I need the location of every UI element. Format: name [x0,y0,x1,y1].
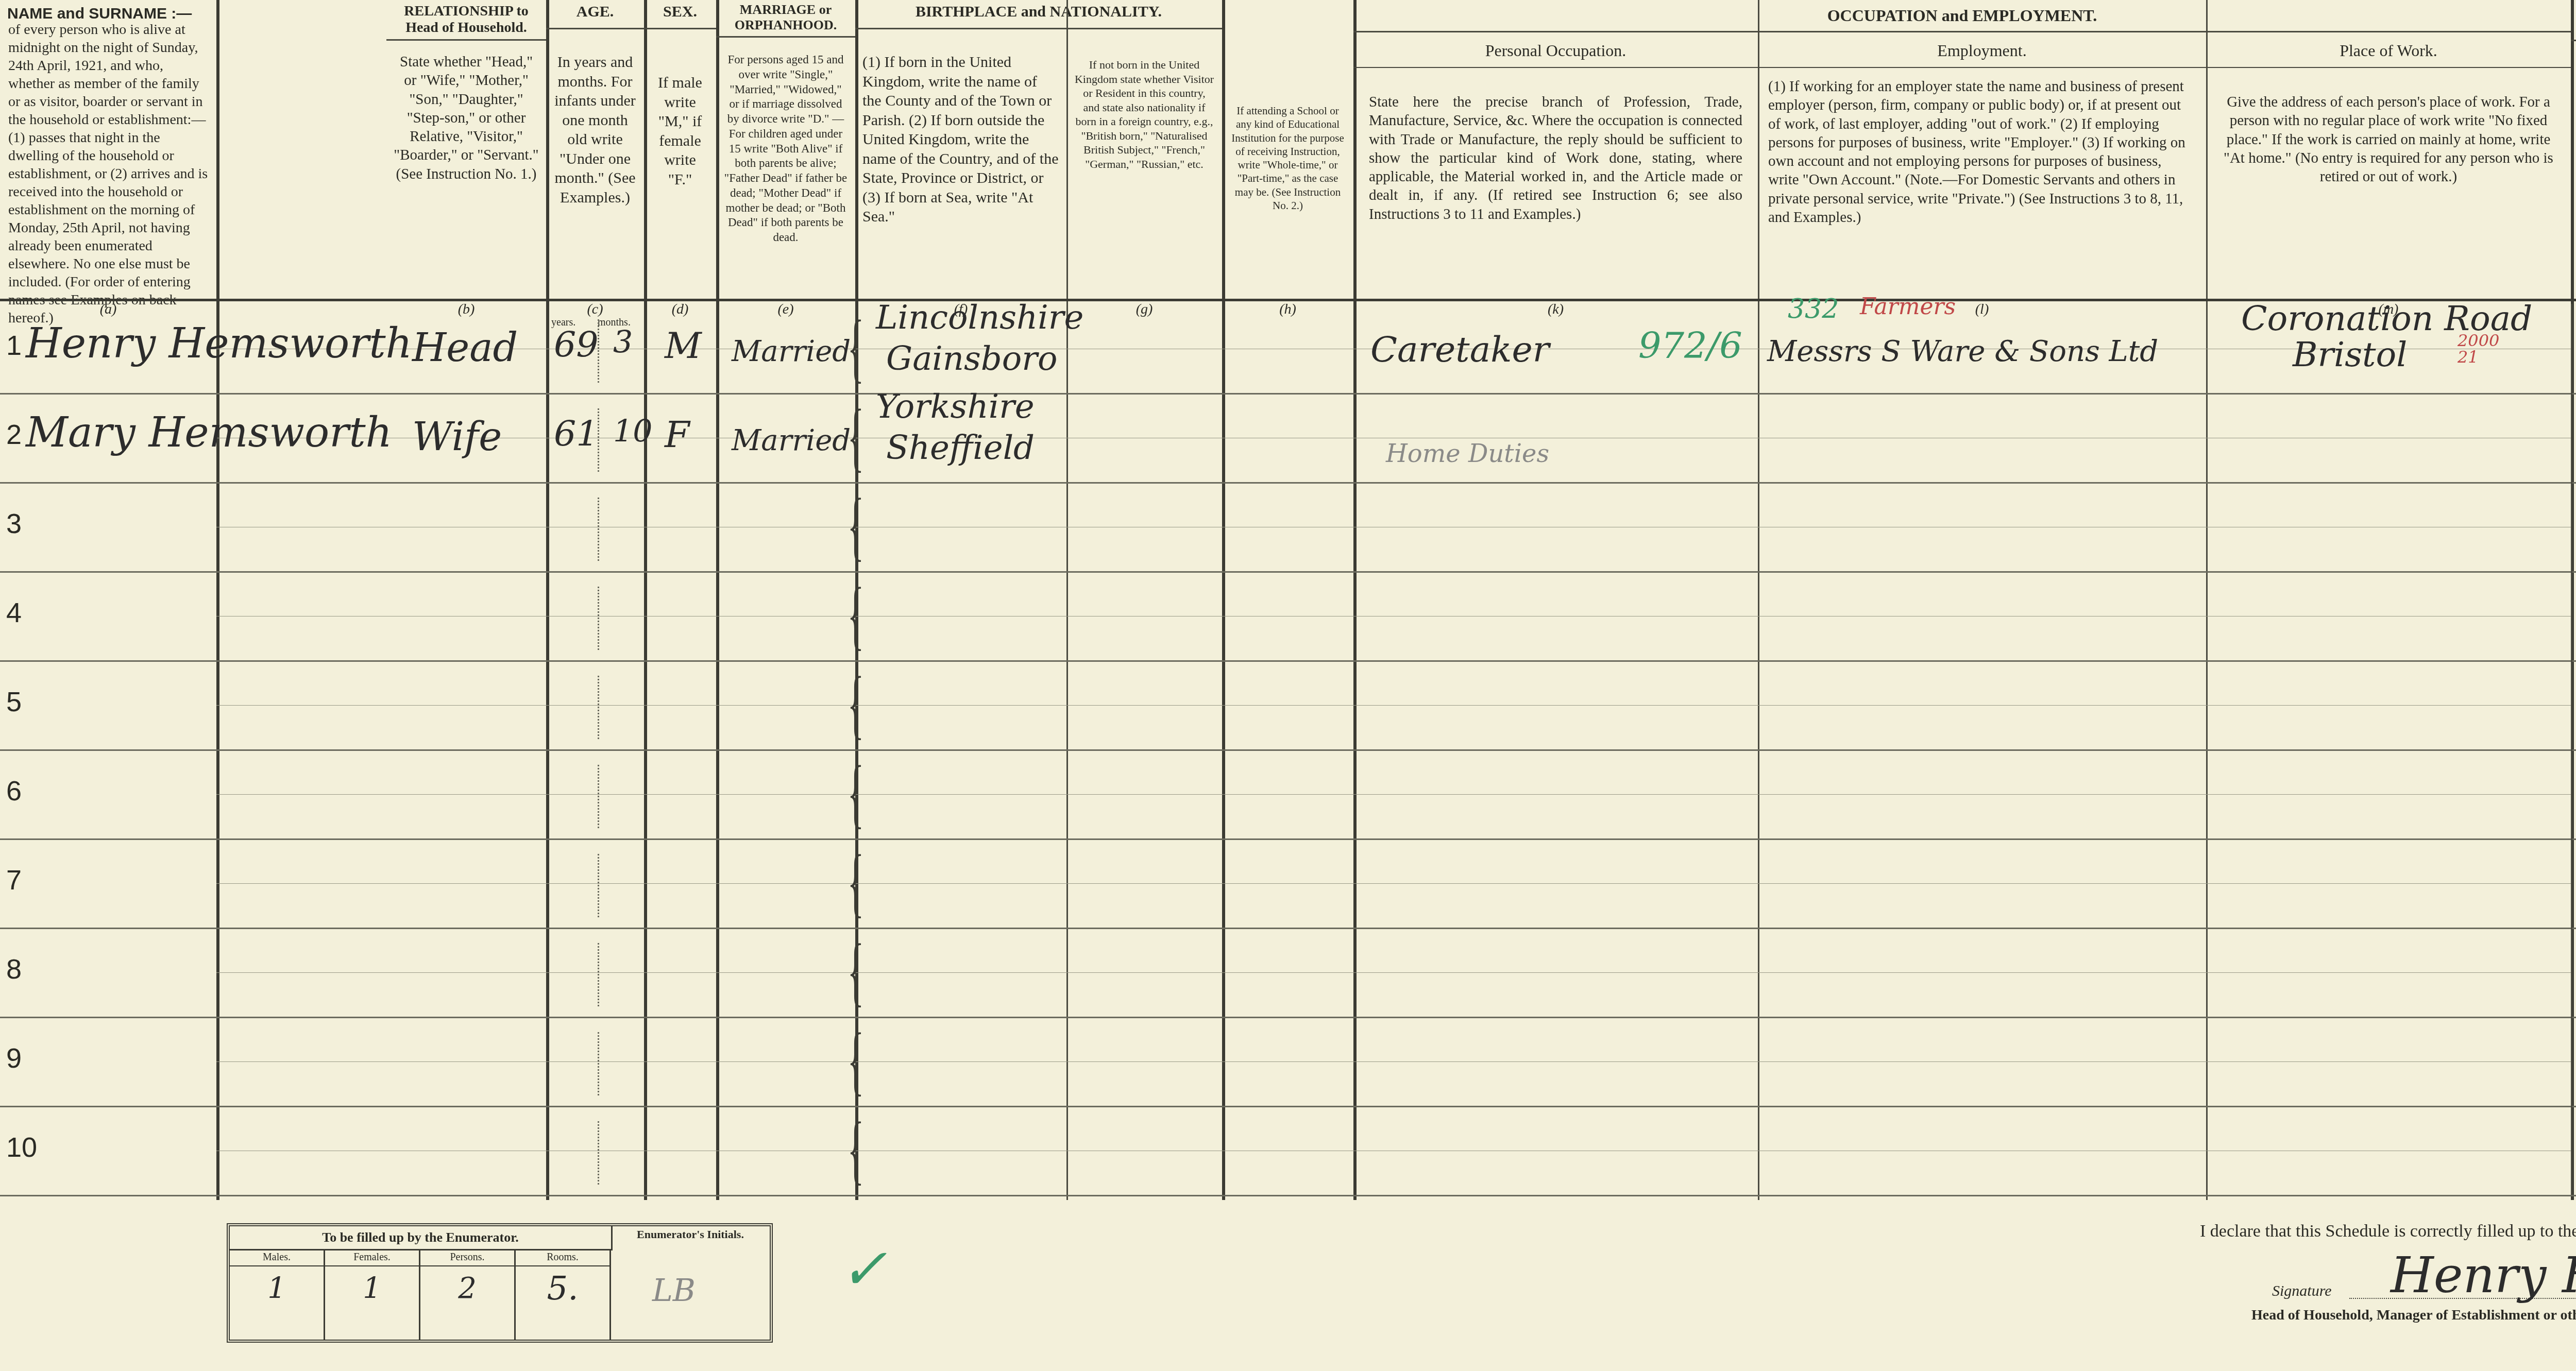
place-code: 2000 21 [2458,332,2488,365]
occupation-value: Home Duties [1386,439,1549,468]
row-number: 1 [6,330,22,362]
occupation-code: 972/6 [1638,324,1742,367]
row-number: 8 [6,953,22,985]
rooms-cell: Rooms. 5. [516,1249,611,1340]
table-row [0,749,2576,840]
age-months-value: 3 [613,324,633,361]
enumerator-box: To be filled up by the Enumerator. Enume… [227,1223,773,1343]
age-years-value: 61 [554,414,599,454]
row-number: 5 [6,686,22,718]
employer-annotation: Farmers [1860,294,1956,320]
brace-icon: { [848,487,864,564]
child-age-grid: Under One Age last birthday. 12345678910… [2571,393,2576,482]
brace-icon: { [848,665,864,743]
occupation-value: Caretaker [1370,330,1549,370]
brace-icon: { [848,933,864,1010]
persons-cell: Persons. 2 [420,1249,516,1340]
birthplace-county: Lincolnshire [876,299,1083,337]
females-value: 1 [325,1272,419,1305]
employer-code: 332 [1788,294,1839,324]
row-midline [216,1151,2571,1151]
birthplace-town: Sheffield [886,429,1035,467]
enumerator-box-title: To be filled up by the Enumerator. [230,1226,613,1250]
person-name: Mary Hemsworth [26,408,392,456]
sex-value: F [665,414,690,456]
table-row [0,1106,2576,1196]
child-age-grid: Under One Age last birthday. 12345678910… [2571,482,2576,571]
marriage-value: Married [732,424,851,457]
row-number: 7 [6,864,22,896]
age-divider [598,498,599,561]
enumerator-initials-label: Enumerator's Initials. [611,1226,770,1264]
row-number: 6 [6,775,22,807]
sex-value: M [665,324,702,367]
enumerator-counts: Males. 1 Females. 1 Persons. 2 Rooms. 5. [230,1249,611,1340]
row-midline [216,527,2571,527]
age-divider [598,854,599,917]
marriage-value: Married [732,335,851,368]
rooms-value: 5. [516,1270,609,1308]
age-divider [598,765,599,828]
age-divider [598,1121,599,1185]
males-value: 1 [230,1272,324,1305]
child-age-grid: Under One Age last birthday. 12345678910… [2571,838,2576,928]
row-number: 9 [6,1042,22,1074]
row-number: 10 [6,1132,37,1163]
table-row [0,928,2576,1018]
relationship-value: Wife [412,414,502,459]
tick-mark: ✓ [840,1236,887,1302]
table-row [0,1017,2576,1107]
row-number: 2 [6,419,22,451]
child-age-grid: Under One Age last birthday. 12345678910… [2571,749,2576,838]
table-row [0,482,2576,573]
child-age-grid: Under One Age last birthday. 12345678910… [2571,571,2576,660]
females-cell: Females. 1 [325,1249,420,1340]
age-divider [598,1032,599,1095]
males-cell: Males. 1 [230,1249,325,1340]
persons-value: 2 [420,1272,514,1305]
table-row [0,660,2576,751]
row-number: 4 [6,597,22,629]
row-number: 3 [6,508,22,540]
brace-icon: { [848,1111,864,1188]
age-years-value: 69 [554,324,599,365]
brace-icon: { [848,1022,864,1099]
signature-value: Henry Hemsworth [2391,1246,2576,1304]
place-of-work-line2: Bristol [2293,335,2407,374]
brace-icon: { [848,844,864,921]
row-midline [216,616,2571,616]
age-months-value: 10 [613,414,652,450]
brace-icon: { [848,755,864,832]
birthplace-town: Gainsboro [886,340,1057,378]
declaration-text: I declare that this Schedule is correctl… [2200,1222,2576,1241]
declaration-caption: Head of Household, Manager of Establishm… [2251,1307,2576,1324]
person-name: Henry Hemsworth [26,319,412,367]
enumerator-initials-value: LB [652,1273,696,1309]
table-row [0,571,2576,662]
child-age-grid: Under One Age last birthday. 12345678910… [2571,1106,2576,1195]
signature-label: Signature [2272,1282,2332,1300]
birthplace-county: Yorkshire [876,388,1035,426]
child-age-grid: Under One Age last birthday. 12345678910… [2571,304,2576,393]
age-divider [598,676,599,739]
child-age-grid: Under One Age last birthday. 12345678910… [2571,928,2576,1017]
row-midline [216,1061,2571,1062]
brace-icon: { [848,576,864,654]
employer-value: Messrs S Ware & Sons Ltd [1767,335,2158,368]
row-midline [216,883,2571,884]
relationship-value: Head [412,324,518,370]
age-divider [598,943,599,1006]
age-divider [598,587,599,650]
table-row [0,838,2576,929]
child-age-grid: Under One Age last birthday. 12345678910… [2571,660,2576,749]
child-age-grid: Under One Age last birthday. 12345678910… [2571,1017,2576,1106]
header-divider [0,0,2576,301]
row-midline [216,972,2571,973]
row-midline [216,794,2571,795]
row-midline [216,705,2571,706]
